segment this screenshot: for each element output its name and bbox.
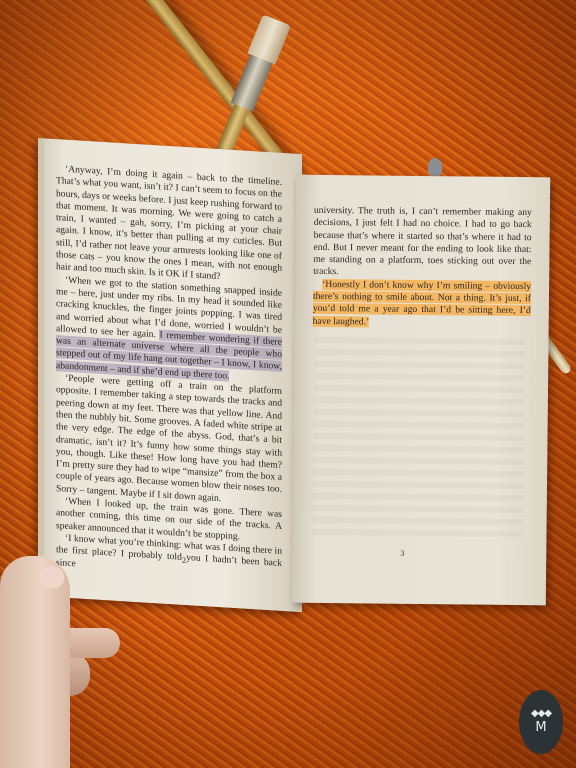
page-right-text: university. The truth is, I can’t rememb… <box>313 205 532 330</box>
watermark-letter: M <box>535 721 546 735</box>
show-through-text <box>312 335 524 537</box>
highlighted-passage-orange: ‘Honestly I don’t know why I’m smiling –… <box>313 279 531 327</box>
thumbnail <box>40 566 64 588</box>
hand-thumb <box>0 556 70 768</box>
paragraph: ‘Honestly I don’t know why I’m smiling –… <box>313 279 532 330</box>
page-left-text: ‘Anyway, I’m doing it again – back to th… <box>56 163 282 583</box>
paragraph: ‘People were getting off a train on the … <box>56 372 282 509</box>
page-number-right: 3 <box>400 549 404 558</box>
page-number-left: 2 <box>182 556 186 565</box>
book-page-left: ‘Anyway, I’m doing it again – back to th… <box>38 138 302 612</box>
paragraph: ‘Anyway, I’m doing it again – back to th… <box>56 163 282 287</box>
diamond-logo-icon: ◆◆◆ <box>531 709 551 719</box>
paragraph: university. The truth is, I can’t rememb… <box>313 205 532 281</box>
paragraph: ‘When we got to the station something sn… <box>56 274 282 386</box>
watermark-badge: ◆◆◆ M <box>519 690 563 754</box>
book-page-right: university. The truth is, I can’t rememb… <box>292 175 550 606</box>
